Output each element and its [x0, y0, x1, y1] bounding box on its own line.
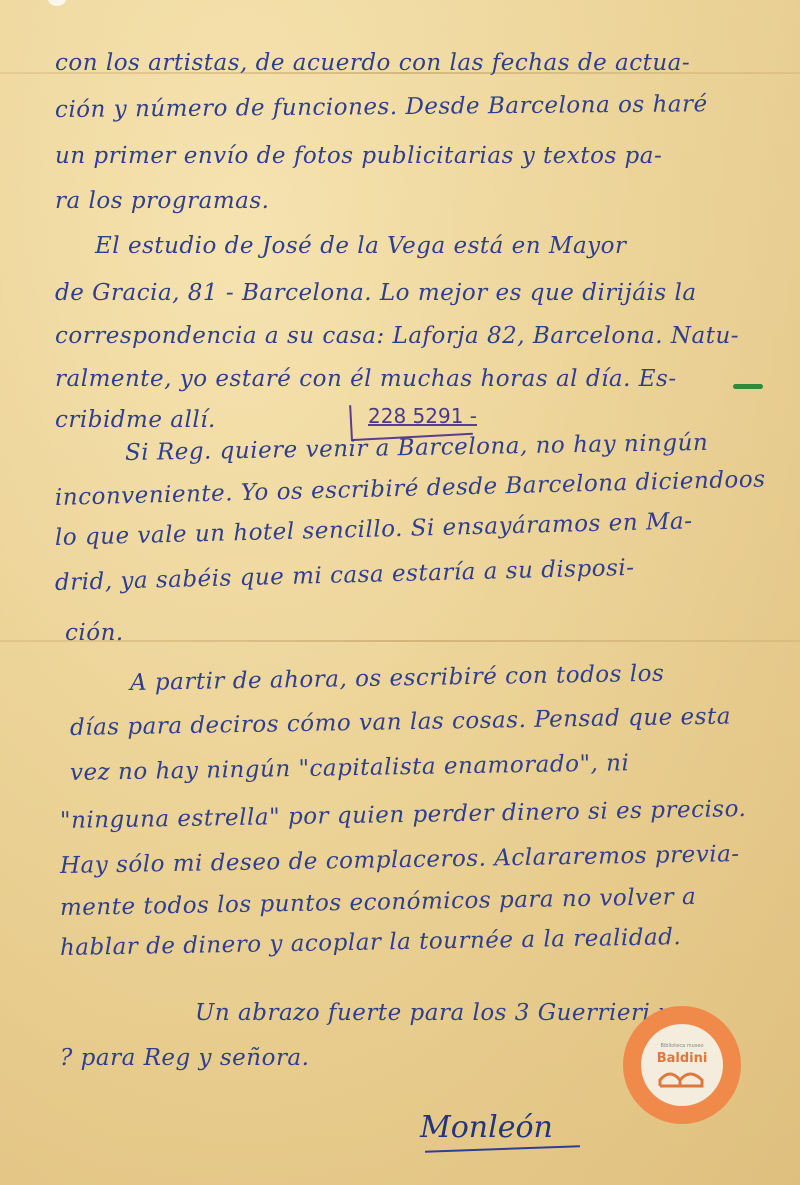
letter-line: "ninguna estrella" por quien perder dine…: [60, 796, 747, 834]
letter-line: días para deciros cómo van las cosas. Pe…: [70, 703, 731, 741]
letter-line: correspondencia a su casa: Laforja 82, B…: [55, 323, 739, 349]
letter-line: cribidme allí.: [55, 407, 216, 433]
letter-page: con los artistas, de acuerdo con las fec…: [0, 0, 800, 1185]
letter-line: ción.: [65, 620, 124, 646]
stamp-small-text: Biblioteca museo: [660, 1043, 703, 1049]
letter-line: El estudio de José de la Vega está en Ma…: [95, 233, 627, 259]
letter-line: ra los programas.: [55, 188, 269, 214]
letter-line: ralmente, yo estaré con él muchas horas …: [55, 366, 677, 392]
letter-line: Si Reg. quiere venir a Barcelona, no hay…: [125, 430, 709, 466]
letter-line: ción y número de funciones. Desde Barcel…: [55, 91, 708, 123]
letter-line: un primer envío de fotos publicitarias y…: [55, 143, 662, 169]
margin-note: 228 5291 -: [368, 404, 477, 428]
library-stamp: Biblioteca museo Baldini: [623, 1006, 741, 1124]
letter-line: Hay sólo mi deseo de complaceros. Aclara…: [60, 841, 740, 879]
baldini-logo-icon: [657, 1068, 707, 1088]
letter-line: mente todos los puntos económicos para n…: [60, 884, 697, 921]
stamp-name: Baldini: [657, 1051, 708, 1066]
signature-underline: [425, 1145, 580, 1152]
punch-hole: [48, 0, 66, 6]
stamp-inner: Biblioteca museo Baldini: [641, 1024, 723, 1106]
letter-line: hablar de dinero y acoplar la tournée a …: [60, 924, 682, 961]
letter-line: A partir de ahora, os escribiré con todo…: [130, 661, 665, 696]
letter-line: inconveniente. Yo os escribiré desde Bar…: [55, 466, 766, 511]
green-mark: [733, 384, 763, 389]
letter-line: con los artistas, de acuerdo con las fec…: [55, 50, 690, 76]
signature: Monleón: [420, 1110, 553, 1145]
letter-line: Un abrazo fuerte para los 3 Guerrieri y: [195, 1000, 672, 1026]
letter-line: lo que vale un hotel sencillo. Si ensayá…: [55, 508, 693, 551]
letter-line: vez no hay ningún "capitalista enamorado…: [70, 750, 630, 786]
letter-line: de Gracia, 81 - Barcelona. Lo mejor es q…: [55, 280, 697, 306]
letter-line: ? para Reg y señora.: [60, 1045, 309, 1071]
letter-line: drid, ya sabéis que mi casa estaría a su…: [55, 555, 635, 596]
